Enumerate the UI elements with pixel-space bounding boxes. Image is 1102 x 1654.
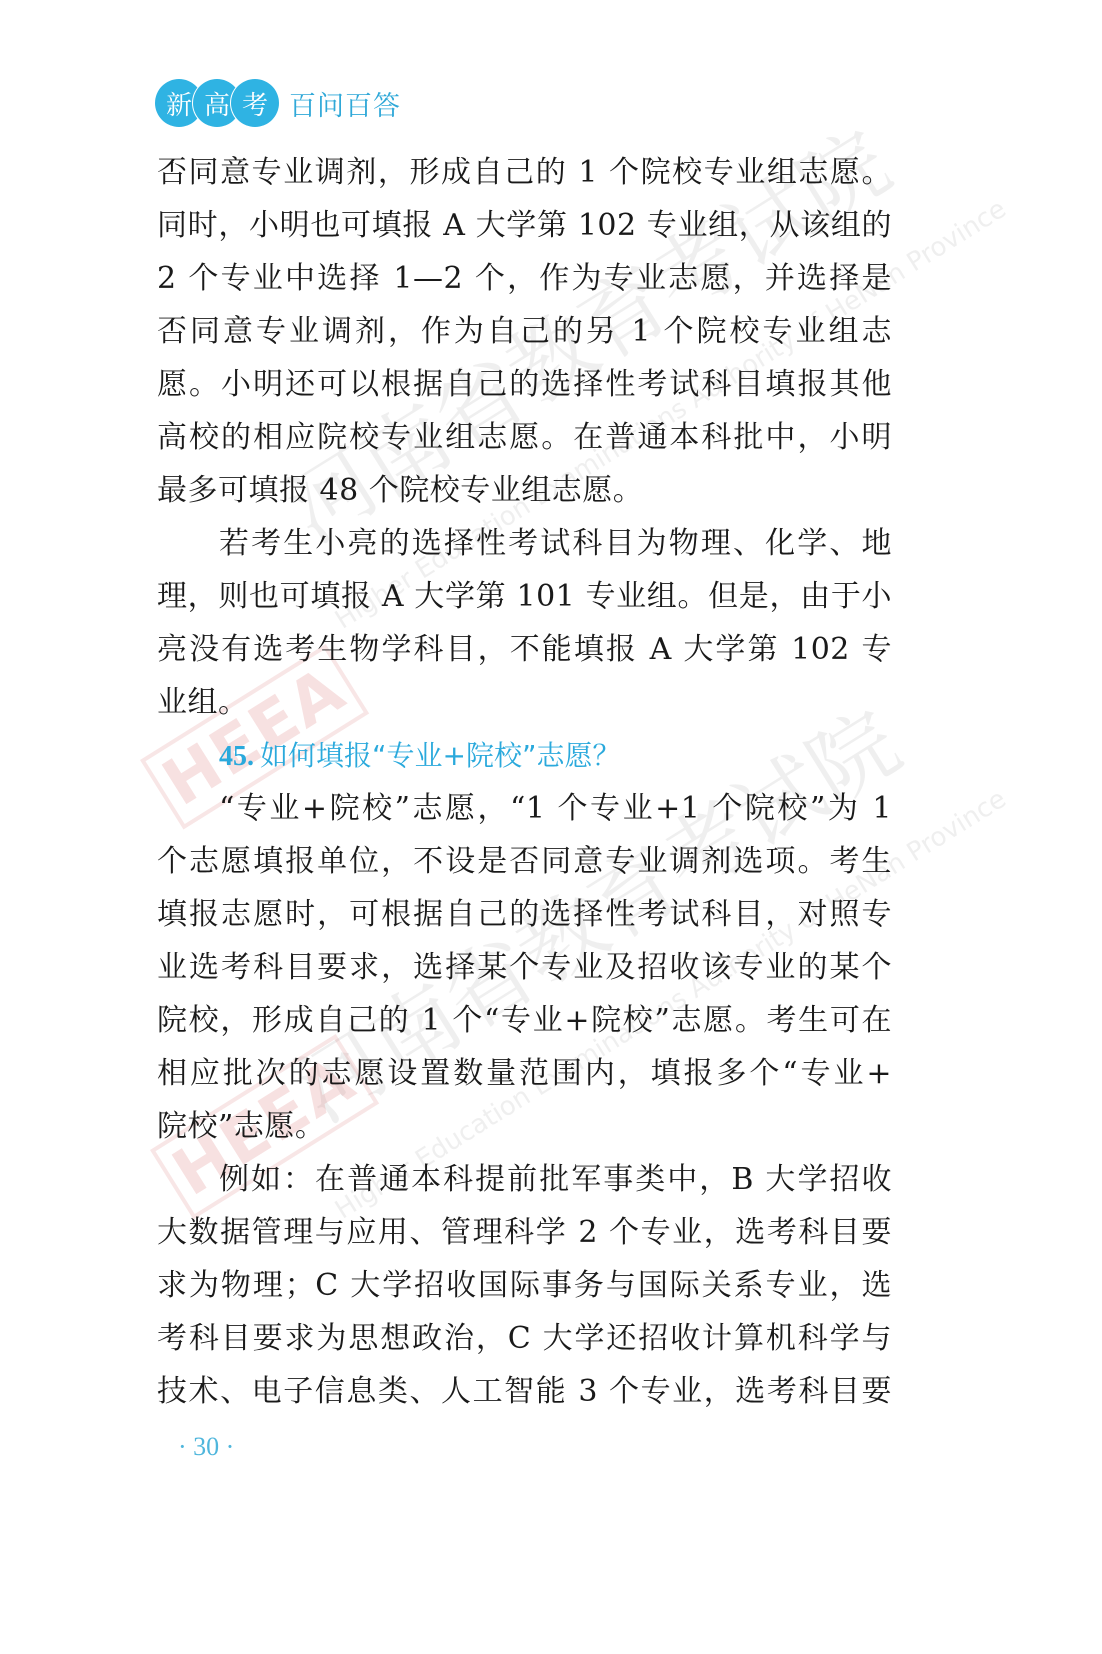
text-line: 例如：在普通本科提前批军事类中，B 大学招收 xyxy=(157,1153,892,1206)
text-line: 大数据管理与应用、管理科学 2 个专业，选考科目要 xyxy=(157,1206,892,1259)
page-number: · 30 · xyxy=(178,1432,234,1462)
text-line: 若考生小亮的选择性考试科目为物理、化学、地 xyxy=(157,517,892,570)
paragraph-xiaoliang-example: 若考生小亮的选择性考试科目为物理、化学、地 理，则也可填报 A 大学第 101 … xyxy=(157,517,892,729)
text-line: 否同意专业调剂，形成自己的 1 个院校专业组志愿。 xyxy=(157,146,892,199)
question-number: 45. xyxy=(219,741,254,772)
paragraph-example: 例如：在普通本科提前批军事类中，B 大学招收 大数据管理与应用、管理科学 2 个… xyxy=(157,1153,892,1418)
text-line: 个志愿填报单位，不设是否同意专业调剂选项。考生 xyxy=(157,835,892,888)
text-line: 2 个专业中选择 1—2 个，作为专业志愿，并选择是 xyxy=(157,252,892,305)
paragraph-major-plus-college: “专业+院校”志愿，“1 个专业+1 个院校”为 1 个志愿填报单位，不设是否同… xyxy=(157,782,892,1153)
page-body: 否同意专业调剂，形成自己的 1 个院校专业组志愿。 同时，小明也可填报 A 大学… xyxy=(157,146,892,1418)
text-line: 亮没有选考生物学科目，不能填报 A 大学第 102 专 xyxy=(157,623,892,676)
text-line: 理，则也可填报 A 大学第 101 专业组。但是，由于小 xyxy=(157,570,892,623)
text-line: 考科目要求为思想政治，C 大学还招收计算机科学与 xyxy=(157,1312,892,1365)
text-line: 高校的相应院校专业组志愿。在普通本科批中，小明 xyxy=(157,411,892,464)
text-line: 求为物理；C 大学招收国际事务与国际关系专业，选 xyxy=(157,1259,892,1312)
text-line: 业组。 xyxy=(157,676,892,729)
text-line: 填报志愿时，可根据自己的选择性考试科目，对照专 xyxy=(157,888,892,941)
text-line: 院校，形成自己的 1 个“专业+院校”志愿。考生可在 xyxy=(157,994,892,1047)
text-line: 技术、电子信息类、人工智能 3 个专业，选考科目要 xyxy=(157,1365,892,1418)
question-title: 如何填报“专业+院校”志愿？ xyxy=(260,739,620,772)
text-line: “专业+院校”志愿，“1 个专业+1 个院校”为 1 xyxy=(157,782,892,835)
text-line: 业选考科目要求，选择某个专业及招收该专业的某个 xyxy=(157,941,892,994)
paragraph-continued: 否同意专业调剂，形成自己的 1 个院校专业组志愿。 同时，小明也可填报 A 大学… xyxy=(157,146,892,517)
text-line: 相应批次的志愿设置数量范围内，填报多个“专业+ xyxy=(157,1047,892,1100)
text-line: 否同意专业调剂，作为自己的另 1 个院校专业组志 xyxy=(157,305,892,358)
series-subtitle: 百问百答 xyxy=(289,84,401,123)
badge-char: 考 xyxy=(231,79,279,127)
page-header: 新 高 考 百问百答 xyxy=(155,78,401,128)
text-line: 同时，小明也可填报 A 大学第 102 专业组，从该组的 xyxy=(157,199,892,252)
text-line: 最多可填报 48 个院校专业组志愿。 xyxy=(157,464,892,517)
text-line: 愿。小明还可以根据自己的选择性考试科目填报其他 xyxy=(157,358,892,411)
series-badge: 新 高 考 xyxy=(155,79,279,127)
section-heading: 45.如何填报“专业+院校”志愿？ xyxy=(157,729,892,782)
text-line: 院校”志愿。 xyxy=(157,1100,892,1153)
